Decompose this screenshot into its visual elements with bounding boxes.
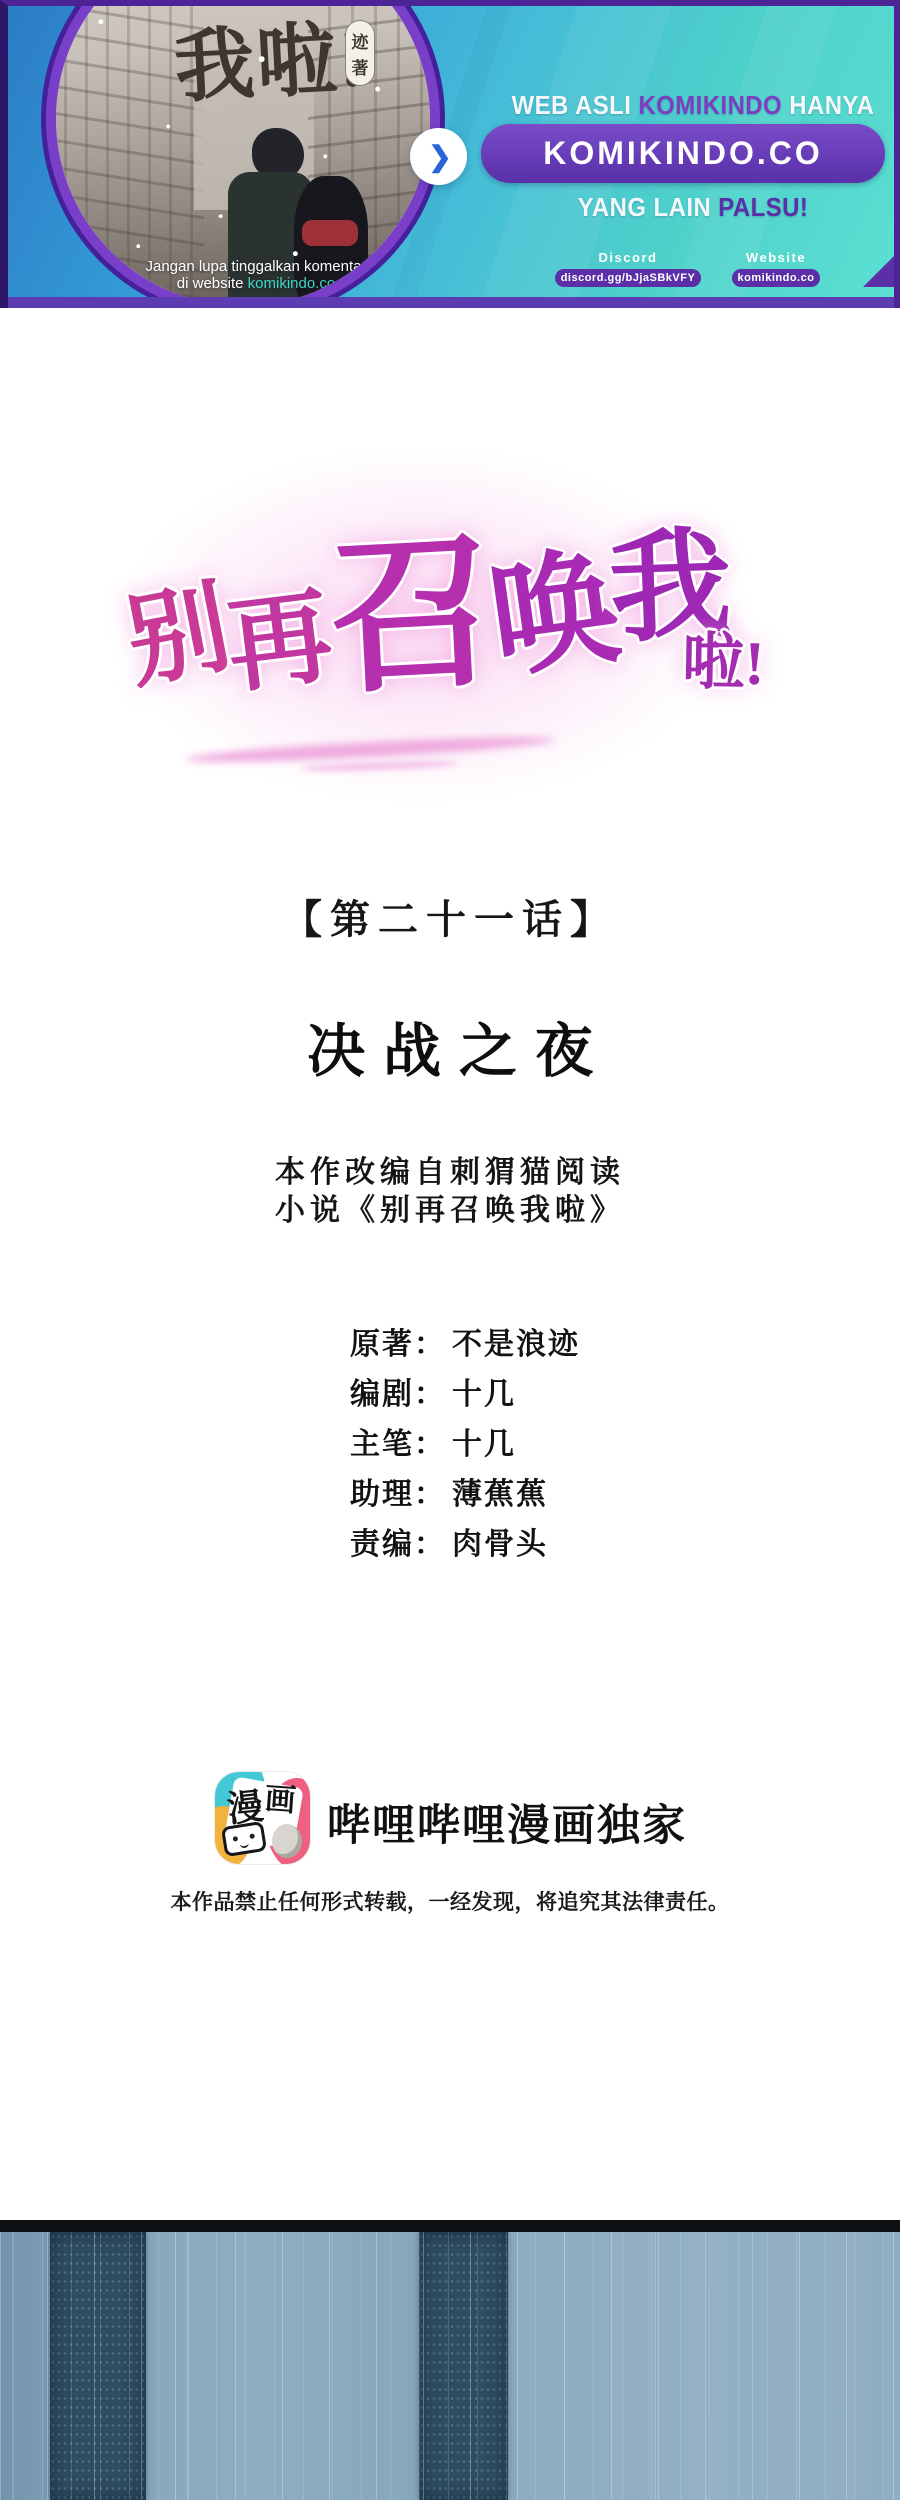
banner-caption: Jangan lupa tinggalkan komentar di websi… — [96, 258, 416, 292]
caption-site-link[interactable]: komikindo.co — [248, 275, 336, 292]
credit-name: 十几 — [452, 1380, 516, 1410]
publisher-exclusive-text: 哔哩哔哩漫画独家 — [327, 1792, 687, 1853]
bilibili-tv-icon — [221, 1821, 267, 1857]
website-column: Website komikindo.co — [701, 250, 851, 287]
credits-list: 原著： 不是浪迹 编剧： 十几 主笔： 十几 助理： 薄蕉蕉 责编： 肉骨头 — [350, 1330, 580, 1580]
tagline-highlight: PALSU! — [718, 192, 808, 222]
promo-highlight: KOMIKINDO — [638, 90, 782, 120]
icon-paw-blob — [272, 1824, 302, 1858]
chapter-title: 决战之夜 — [0, 1004, 900, 1088]
credit-row-editor: 责编： 肉骨头 — [350, 1530, 580, 1560]
cover-art-image: 别再召唤 我啦! 迹 著 Jangan lupa tinggalkan kome… — [56, 0, 430, 306]
banner-bottom-bar — [8, 297, 900, 308]
promo-tagline: YANG LAIN PALSU! — [486, 192, 900, 223]
credit-role: 主笔： — [350, 1430, 446, 1460]
credit-role: 责编： — [350, 1530, 446, 1560]
credit-row-scriptwriter: 编剧： 十几 — [350, 1380, 580, 1410]
website-link-pill[interactable]: komikindo.co — [732, 269, 821, 287]
panel-top-border — [0, 2220, 900, 2232]
promo-part1: WEB ASLI — [512, 90, 639, 120]
icon-manhua-char2: 画 — [263, 1773, 297, 1820]
adaptation-note-line1: 本作改编自刺猬猫阅读 — [0, 1154, 900, 1192]
logo-char: 唤 — [477, 503, 629, 703]
comic-panel-artwork — [0, 2232, 900, 2500]
logo-char: 召 — [322, 477, 502, 726]
corner-triangle-decoration — [863, 254, 896, 287]
discord-link-pill[interactable]: discord.gg/bJjaSBkVFY — [555, 269, 702, 287]
site-url-button[interactable]: KOMIKINDO.CO — [481, 124, 885, 183]
credit-role: 原著： — [350, 1330, 446, 1360]
adaptation-note-line2: 小说《别再召唤我啦》 — [0, 1192, 900, 1230]
credit-row-assistant: 助理： 薄蕉蕉 — [350, 1480, 580, 1510]
chevron-right-icon: ❯ — [428, 143, 451, 171]
credit-name: 不是浪迹 — [452, 1330, 580, 1360]
discord-column: Discord discord.gg/bJjaSBkVFY — [553, 250, 703, 287]
legal-notice: 本作品禁止任何形式转载，一经发现，将追究其法律责任。 — [0, 1886, 900, 1916]
caption-line1: Jangan lupa tinggalkan komentar — [96, 258, 416, 275]
comic-reader-page: 别再召唤 我啦! 迹 著 Jangan lupa tinggalkan kome… — [0, 0, 900, 2500]
logo-char: 再 — [218, 551, 340, 713]
chapter-number-label: 【第二十一话】 — [0, 888, 900, 945]
tagline-part1: YANG LAIN — [578, 192, 719, 222]
adaptation-note: 本作改编自刺猬猫阅读 小说《别再召唤我啦》 — [0, 1154, 900, 1230]
credit-row-lead-artist: 主笔： 十几 — [350, 1430, 580, 1460]
logo-char: 啦! — [682, 612, 766, 702]
cover-circle: 别再召唤 我啦! 迹 著 Jangan lupa tinggalkan kome… — [46, 0, 440, 308]
promo-banner: 别再召唤 我啦! 迹 著 Jangan lupa tinggalkan kome… — [0, 0, 900, 308]
credit-role: 编剧： — [350, 1380, 446, 1410]
credit-role: 助理： — [350, 1480, 446, 1510]
discord-label: Discord — [553, 250, 703, 265]
bilibili-manga-app-icon: 漫 画 — [215, 1772, 310, 1864]
credit-name: 十几 — [452, 1430, 516, 1460]
next-button[interactable]: ❯ — [410, 128, 467, 185]
rain-streaks-overlay — [0, 2232, 900, 2500]
promo-headline: WEB ASLI KOMIKINDO HANYA — [486, 90, 900, 121]
credit-name: 肉骨头 — [452, 1530, 548, 1560]
credit-row-original-author: 原著： 不是浪迹 — [350, 1330, 580, 1360]
caption-line2: di website komikindo.co — [96, 275, 416, 292]
promo-part2: HANYA — [782, 90, 874, 120]
caption-line2-prefix: di website — [177, 275, 248, 292]
website-label: Website — [701, 250, 851, 265]
cover-title-line1: 别再召唤 — [112, 0, 395, 6]
credit-name: 薄蕉蕉 — [452, 1480, 548, 1510]
